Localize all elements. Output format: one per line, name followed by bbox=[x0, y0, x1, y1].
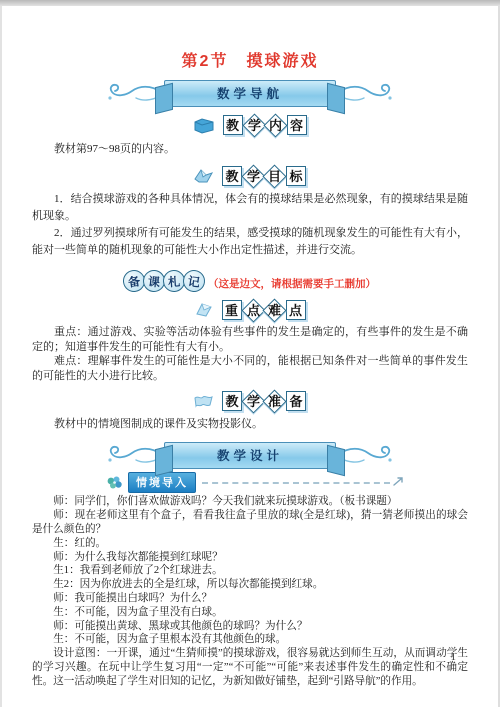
keypoints-paragraph: 难点：理解事件发生的可能性是大小不同的，能根据已知条件对一些简单的事件发生的可能… bbox=[32, 354, 468, 383]
page-title: 第2节 摸球游戏 bbox=[0, 48, 500, 71]
paper-icon bbox=[194, 302, 214, 318]
page-number: 1 bbox=[451, 651, 457, 663]
dialogue-line: 生1：我看到老师放了2个红球进去。 bbox=[32, 564, 468, 578]
dialogue-block: 师：同学们，你们喜欢做游戏吗？今天我们就来玩摸球游戏。（板书课题） 师：现在老师… bbox=[0, 495, 500, 688]
header-char: 教 bbox=[223, 115, 243, 135]
beike-char: 记 bbox=[182, 269, 207, 294]
dialogue-line: 师：现在老师这里有个盒子，看看我往盒子里放的球(全是红球)，猜一猜老师摸出的球会… bbox=[32, 509, 468, 537]
header-char: 备 bbox=[286, 391, 306, 411]
folder-icon bbox=[193, 117, 215, 134]
dashed-rule bbox=[202, 482, 390, 484]
header-char: 教 bbox=[222, 166, 242, 186]
dialogue-line: 师：同学们，你们喜欢做游戏吗？今天我们就来玩摸球游戏。（板书课题） bbox=[32, 495, 468, 509]
section-header-goals: 教 学 目 标 bbox=[0, 164, 500, 188]
header-char: 难 bbox=[262, 298, 286, 322]
document-page: 第2节 摸球游戏 数学导航 教 学 内 容 教材第97～98页的内容。 bbox=[0, 0, 500, 707]
paper-boat-icon bbox=[193, 168, 214, 184]
content-paragraph: 教材第97～98页的内容。 bbox=[32, 141, 468, 158]
design-intent-paragraph: 设计意图：一开课，通过“生猜师摸”的摸球游戏，很容易就达到师生互动，从而调动学生… bbox=[32, 647, 468, 688]
dialogue-line: 生2：因为你放进去的全是红球，所以每次都能摸到红球。 bbox=[32, 578, 468, 592]
header-char: 容 bbox=[287, 115, 307, 135]
prep-paragraph: 教材中的情境图制成的课件及实物投影仪。 bbox=[32, 416, 468, 433]
flower-stamp-icon bbox=[106, 475, 123, 490]
header-char: 教 bbox=[222, 391, 242, 411]
dialogue-line: 生：红的。 bbox=[32, 537, 468, 551]
scan-edge-top bbox=[0, 0, 500, 6]
banner-math-guide: 数学导航 bbox=[0, 79, 500, 107]
header-char: 标 bbox=[286, 166, 306, 186]
goals-paragraph: 2．通过罗列摸球所有可能发生的结果，感受摸球的随机现象发生的可能性有大有小，能对… bbox=[32, 225, 468, 259]
section-header-prep: 教 学 准 备 bbox=[0, 389, 500, 413]
header-char: 准 bbox=[262, 389, 286, 413]
banner-label: 教学设计 bbox=[217, 449, 283, 463]
beike-zhaji-row: 备 课 札 记 （这是边文，请根据需要手工删加） bbox=[0, 269, 500, 292]
banner-teaching-design: 教学设计 bbox=[0, 441, 500, 469]
ribbon-paper-icon bbox=[193, 394, 214, 409]
dialogue-line: 生：不可能，因为盒子里没有白球。 bbox=[32, 606, 468, 620]
header-char: 点 bbox=[286, 300, 306, 320]
lead-in-row: 情境导入 bbox=[106, 474, 404, 491]
banner-label: 数学导航 bbox=[217, 87, 283, 101]
section-header-content: 教 学 内 容 bbox=[0, 113, 500, 137]
dialogue-line: 师：我可能摸出白球吗？为什么？ bbox=[32, 592, 468, 606]
banner-ribbon: 教学设计 bbox=[164, 442, 336, 469]
dialogue-line: 师：为什么我每次都能摸到红球呢？ bbox=[32, 551, 468, 565]
margin-note: （这是边文，请根据需要手工删加） bbox=[208, 276, 376, 292]
section-header-keypoints: 重 点 难 点 bbox=[0, 298, 500, 322]
keypoints-paragraph: 重点：通过游戏、实验等活动体验有些事件的发生是确定的，有些事件的发生是不确定的；… bbox=[32, 325, 468, 354]
dialogue-line: 师：可能摸出黄球、黑球或其他颜色的球吗？为什么？ bbox=[32, 620, 468, 634]
goals-paragraph: 1．结合摸球游戏的各种具体情况，体会有的摸球结果是必然现象，有的摸球结果是随机现… bbox=[32, 191, 468, 225]
header-char: 内 bbox=[263, 113, 287, 137]
header-char: 重 bbox=[222, 300, 242, 320]
header-char: 目 bbox=[262, 164, 286, 188]
dialogue-line: 生：不可能，因为盒子里根本没有其他颜色的球。 bbox=[32, 633, 468, 647]
arrow-icon bbox=[393, 474, 404, 492]
banner-ribbon: 数学导航 bbox=[164, 80, 336, 107]
lead-in-badge: 情境导入 bbox=[128, 472, 196, 493]
